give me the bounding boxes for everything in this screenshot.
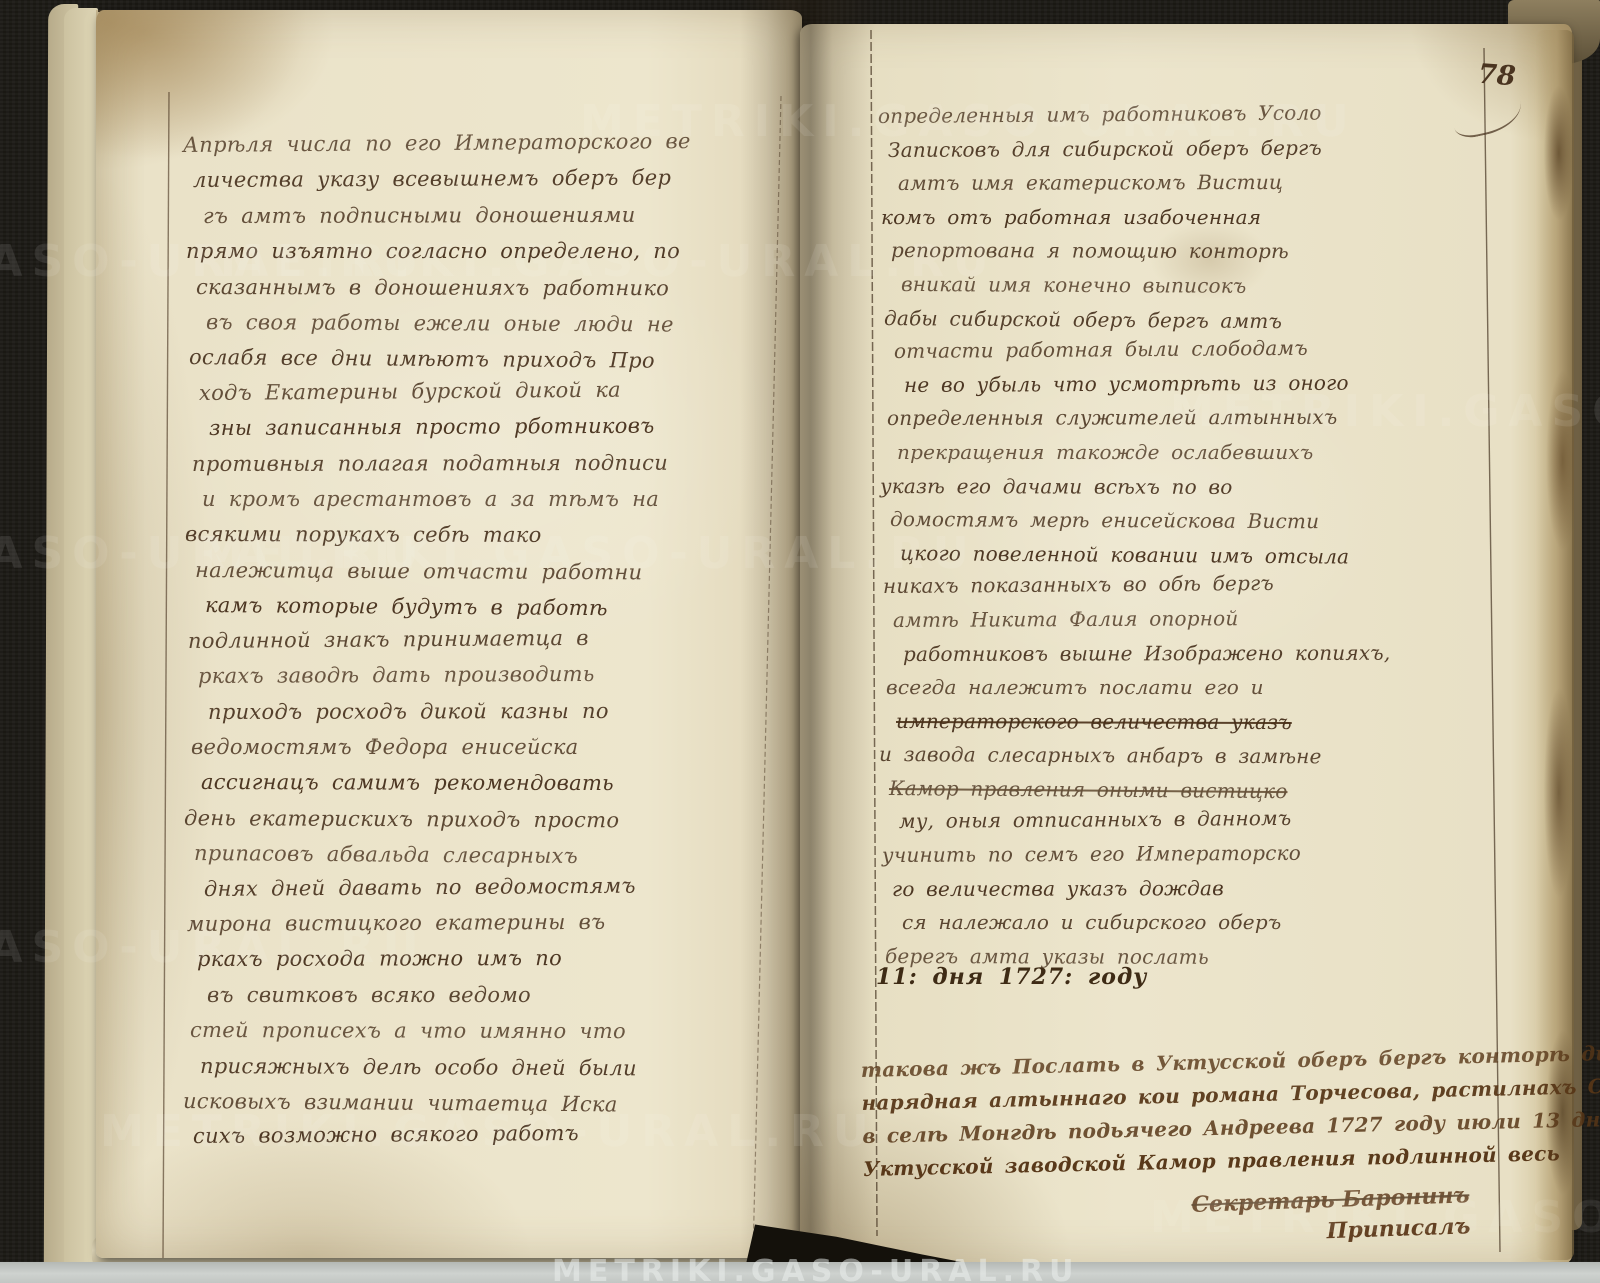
manuscript-line: стей прописехъ а что имянно что: [190, 1013, 795, 1050]
manuscript-line: днях дней давать по ведомостямъ: [204, 867, 795, 907]
left-page-text: Апрѣля числа по его Императорского велич…: [183, 128, 795, 1155]
manuscript-line: приходъ росходъ дикой казны по: [208, 693, 795, 730]
manuscript-line: комъ отъ работная изабоченная: [881, 201, 1546, 235]
manuscript-line: му, оныя отписанныхъ в данномъ: [899, 800, 1546, 839]
manuscript-line: ся належало и сибирского оберъ: [902, 906, 1546, 940]
manuscript-line: указѣ его дачами всѣхъ по во: [880, 470, 1546, 505]
manuscript-line: никахъ показанныхъ во обѣ бергъ: [883, 565, 1546, 604]
manuscript-line: день екатерискихъ приходъ просто: [184, 801, 795, 840]
right-page-text: определенныя имъ работниковъ УсолоЗаписк…: [878, 100, 1546, 973]
manuscript-line: прямо изъятно согласно определено, по: [186, 234, 795, 269]
manuscript-line: ведомостямъ Федора енисейска: [191, 730, 795, 765]
manuscript-line: прекращения такожде ослабевшихъ: [897, 436, 1546, 470]
manuscript-line: належитца выше отчасти работни: [195, 553, 795, 592]
manuscript-line: ркахъ заводѣ дать производить: [198, 656, 795, 695]
manuscript-line: мирона вистицкого екатерины въ: [187, 904, 795, 943]
manuscript-line: и кромъ арестантовъ а за тѣмъ на: [202, 482, 795, 517]
gutter-shadow: [740, 0, 876, 1283]
manuscript-line: въ своя работы ежели оные люди не: [206, 305, 795, 343]
manuscript-line: подлинной знакъ принимаетца в: [188, 619, 795, 659]
manuscript-line: го величества указъ дождав: [892, 871, 1546, 906]
date-line: 11: дня 1727: году: [876, 964, 1147, 990]
manuscript-line: Апрѣля числа по его Императорского ве: [183, 123, 795, 163]
manuscript-line: личества указу всевышнемъ оберъ бер: [193, 160, 795, 199]
manuscript-line: определенныя служителей алтынныхъ: [887, 401, 1546, 436]
manuscript-line: учинить по семъ его Императорско: [882, 836, 1546, 873]
manuscript-line: зны записанныя просто рботниковъ: [209, 408, 795, 446]
manuscript-line: всякими порукахъ себѣ тако: [185, 517, 795, 554]
manuscript-line: противныя полагая податныя подписи: [192, 445, 795, 482]
manuscript-line: амтъ имя екатерискомъ Вистиц: [898, 165, 1546, 200]
manuscript-line: императорского величества указъ: [896, 705, 1546, 740]
manuscript-line: работниковъ вышне Изображено копияхъ,: [903, 636, 1546, 671]
manuscript-line: ассигнацъ самимъ рекомендовать: [201, 765, 795, 802]
manuscript-line: присяжныхъ делѣ особо дней были: [200, 1049, 795, 1088]
manuscript-line: въ свитковъ всяко ведомо: [207, 978, 795, 1013]
manuscript-line: вникай имя конечно выписокъ: [901, 268, 1546, 305]
manuscript-line: сихъ возможно всякого работъ: [193, 1115, 795, 1155]
manuscript-line: определенныя имъ работниковъ Усоло: [878, 95, 1546, 134]
manuscript-line: сказаннымъ в доношенияхъ работнико: [196, 270, 795, 307]
manuscript-line: амтѣ Никита Фалия опорной: [893, 600, 1546, 637]
manuscript-line: ходъ Екатерины бурской дикой ка: [199, 371, 795, 411]
manuscript-line: и завода слесарныхъ анбаръ в замѣне: [879, 738, 1546, 775]
manuscript-line: Записковъ для сибирской оберъ бергъ: [888, 130, 1546, 167]
manuscript-line: домостямъ мерѣ енисейскова Висти: [890, 503, 1546, 540]
resolution-block: такова жъ Послать в Уктусской оберъ берг…: [861, 1038, 1554, 1186]
signature-block: Секретарь БаронинъПриписалъ: [1139, 1180, 1471, 1253]
manuscript-line: ркахъ росхода тожно имъ по: [197, 941, 795, 978]
manuscript-line: гъ амтъ подписными доношениями: [203, 197, 795, 234]
manuscript-photo: Апрѣля числа по его Императорского велич…: [0, 0, 1600, 1283]
scanner-strip: [0, 1262, 1600, 1283]
manuscript-line: репортована я помощию конторѣ: [891, 234, 1546, 269]
manuscript-line: всегда належитъ послати его и: [886, 671, 1546, 705]
manuscript-line: отчасти работная были слободамъ: [894, 330, 1546, 369]
manuscript-line: не во убыль что усмотрѣть из оного: [904, 365, 1546, 402]
